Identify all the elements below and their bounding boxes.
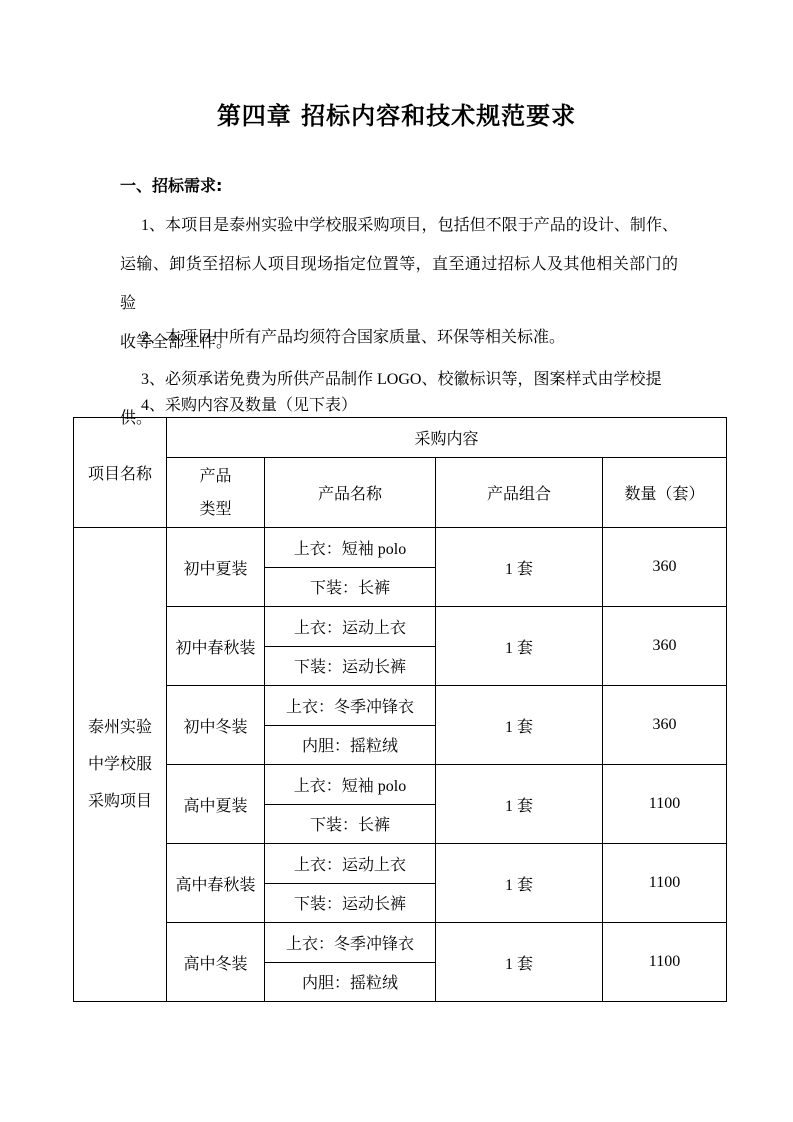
- combo-cell: 1 套: [436, 844, 603, 923]
- product-type-cell: 初中冬装: [167, 686, 265, 765]
- product-item-cell: 下装：长裤: [265, 567, 436, 607]
- product-item-cell: 下装：运动长裤: [265, 883, 436, 923]
- project-name-line: 泰州实验: [74, 709, 166, 746]
- product-type-cell: 初中夏装: [167, 528, 265, 607]
- product-type-cell: 初中春秋装: [167, 607, 265, 686]
- product-item-cell: 上衣：运动上衣: [265, 607, 436, 647]
- table-row: 泰州实验 中学校服 采购项目 初中夏装 上衣：短袖 polo 1 套 360: [74, 528, 727, 568]
- table-row: 高中春秋装 上衣：运动上衣 1 套 1100: [74, 844, 727, 884]
- header-line: 类型: [167, 493, 264, 526]
- document-page: 第四章 招标内容和技术规范要求 一、招标需求: 1、本项目是泰州实验中学校服采购…: [0, 0, 793, 1122]
- product-name-header-cell: 产品名称: [265, 458, 436, 528]
- table-row: 高中冬装 上衣：冬季冲锋衣 1 套 1100: [74, 923, 727, 963]
- product-item-cell: 上衣：短袖 polo: [265, 765, 436, 805]
- product-item-cell: 内胆：摇粒绒: [265, 725, 436, 765]
- table-row: 初中春秋装 上衣：运动上衣 1 套 360: [74, 607, 727, 647]
- product-item-cell: 下装：长裤: [265, 804, 436, 844]
- quantity-cell: 1100: [603, 844, 727, 923]
- combo-cell: 1 套: [436, 923, 603, 1002]
- product-item-cell: 上衣：运动上衣: [265, 844, 436, 884]
- quantity-cell: 360: [603, 607, 727, 686]
- combo-cell: 1 套: [436, 528, 603, 607]
- product-item-cell: 上衣：冬季冲锋衣: [265, 923, 436, 963]
- chapter-title: 第四章 招标内容和技术规范要求: [0, 96, 793, 136]
- project-name-cell: 泰州实验 中学校服 采购项目: [74, 528, 167, 1002]
- paragraph-line: 1、本项目是泰州实验中学校服采购项目，包括但不限于产品的设计、制作、: [120, 206, 678, 245]
- project-name-line: 采购项目: [74, 783, 166, 820]
- paragraph-line: 2、本项目中所有产品均须符合国家质量、环保等相关标准。: [120, 318, 678, 357]
- product-type-cell: 高中春秋装: [167, 844, 265, 923]
- quantity-cell: 360: [603, 528, 727, 607]
- header-line: 产品: [167, 460, 264, 493]
- quantity-cell: 1100: [603, 923, 727, 1002]
- product-item-cell: 上衣：短袖 polo: [265, 528, 436, 568]
- project-name-header-cell: 项目名称: [74, 418, 167, 528]
- combo-cell: 1 套: [436, 607, 603, 686]
- product-type-cell: 高中夏装: [167, 765, 265, 844]
- section-heading: 一、招标需求:: [120, 174, 222, 198]
- paragraph-line: 运输、卸货至招标人项目现场指定位置等，直至通过招标人及其他相关部门的验: [120, 245, 678, 323]
- product-item-cell: 上衣：冬季冲锋衣: [265, 686, 436, 726]
- project-name-line: 中学校服: [74, 746, 166, 783]
- quantity-cell: 1100: [603, 765, 727, 844]
- combo-cell: 1 套: [436, 765, 603, 844]
- table-row: 高中夏装 上衣：短袖 polo 1 套 1100: [74, 765, 727, 805]
- product-combo-header-cell: 产品组合: [436, 458, 603, 528]
- procurement-table: 项目名称 采购内容 产品 类型 产品名称 产品组合 数量（套） 泰州实验 中学校…: [73, 417, 727, 1002]
- product-type-cell: 高中冬装: [167, 923, 265, 1002]
- quantity-header-cell: 数量（套）: [603, 458, 727, 528]
- product-item-cell: 内胆：摇粒绒: [265, 962, 436, 1002]
- product-type-header-cell: 产品 类型: [167, 458, 265, 528]
- product-item-cell: 下装：运动长裤: [265, 646, 436, 686]
- quantity-cell: 360: [603, 686, 727, 765]
- paragraph-2: 2、本项目中所有产品均须符合国家质量、环保等相关标准。: [120, 318, 678, 357]
- table-row: 初中冬装 上衣：冬季冲锋衣 1 套 360: [74, 686, 727, 726]
- purchase-content-header-cell: 采购内容: [167, 418, 727, 458]
- combo-cell: 1 套: [436, 686, 603, 765]
